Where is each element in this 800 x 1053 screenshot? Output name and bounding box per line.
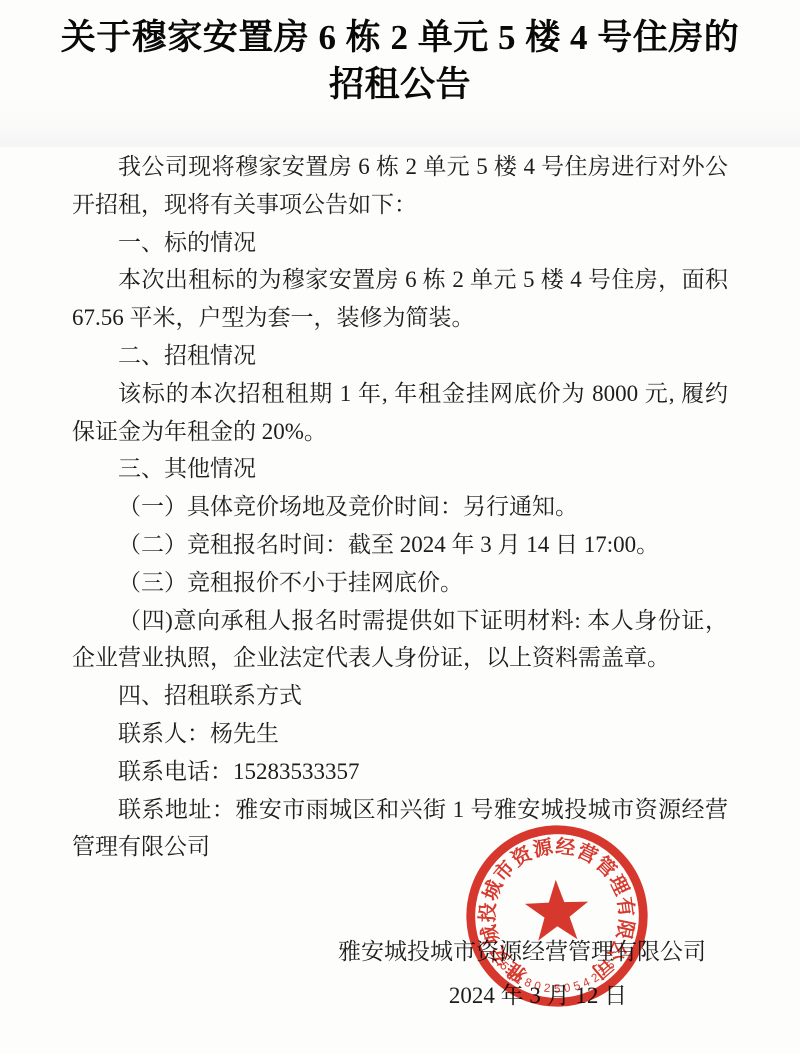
document-line: 二、招租情况	[72, 337, 728, 375]
page-title-line1: 关于穆家安置房 6 栋 2 单元 5 楼 4 号住房的	[0, 14, 800, 61]
document-line: 联系人：杨先生	[72, 715, 728, 753]
signature-company: 雅安城投城市资源经营管理有限公司	[338, 937, 706, 967]
document-line: 我公司现将穆家安置房 6 栋 2 单元 5 楼 4 号住房进行对外公	[72, 148, 728, 186]
document-line: 管理有限公司	[72, 828, 728, 866]
document-line: 本次出租标的为穆家安置房 6 栋 2 单元 5 楼 4 号住房，面积	[72, 261, 728, 299]
document-body: 我公司现将穆家安置房 6 栋 2 单元 5 楼 4 号住房进行对外公开招租，现将…	[72, 148, 728, 866]
document-line: （四)意向承租人报名时需提供如下证明材料: 本人身份证，	[72, 602, 728, 640]
document-line: 三、其他情况	[72, 450, 728, 488]
document-line: （一）具体竞价场地及竞价时间：另行通知。	[72, 488, 728, 526]
seal-star-icon	[524, 879, 589, 941]
document-line: 联系地址：雅安市雨城区和兴街 1 号雅安城投城市资源经营	[72, 791, 728, 829]
document-line: 保证金为年租金的 20%。	[72, 413, 728, 451]
document-line: （三）竞租报价不小于挂网底价。	[72, 564, 728, 602]
document-line: 67.56 平米，户型为套一，装修为简装。	[72, 299, 728, 337]
document-line: 开招租，现将有关事项公告如下：	[72, 186, 728, 224]
document-line: 联系电话：15283533357	[72, 753, 728, 791]
document-line: 四、招租联系方式	[72, 677, 728, 715]
document-line: 该标的本次招租租期 1 年, 年租金挂网底价为 8000 元, 履约	[72, 375, 728, 413]
document-line: 一、标的情况	[72, 224, 728, 262]
announcement-document: 关于穆家安置房 6 栋 2 单元 5 楼 4 号住房的 招租公告 我公司现将穆家…	[0, 0, 800, 1053]
page-title-line2: 招租公告	[0, 61, 800, 108]
signature-date: 2024 年 3 月 12 日	[449, 981, 627, 1011]
document-line: 企业营业执照，企业法定代表人身份证，以上资料需盖章。	[72, 639, 728, 677]
page-title: 关于穆家安置房 6 栋 2 单元 5 楼 4 号住房的 招租公告	[0, 14, 800, 108]
document-line: （二）竞租报名时间：截至 2024 年 3 月 14 日 17:00。	[72, 526, 728, 564]
